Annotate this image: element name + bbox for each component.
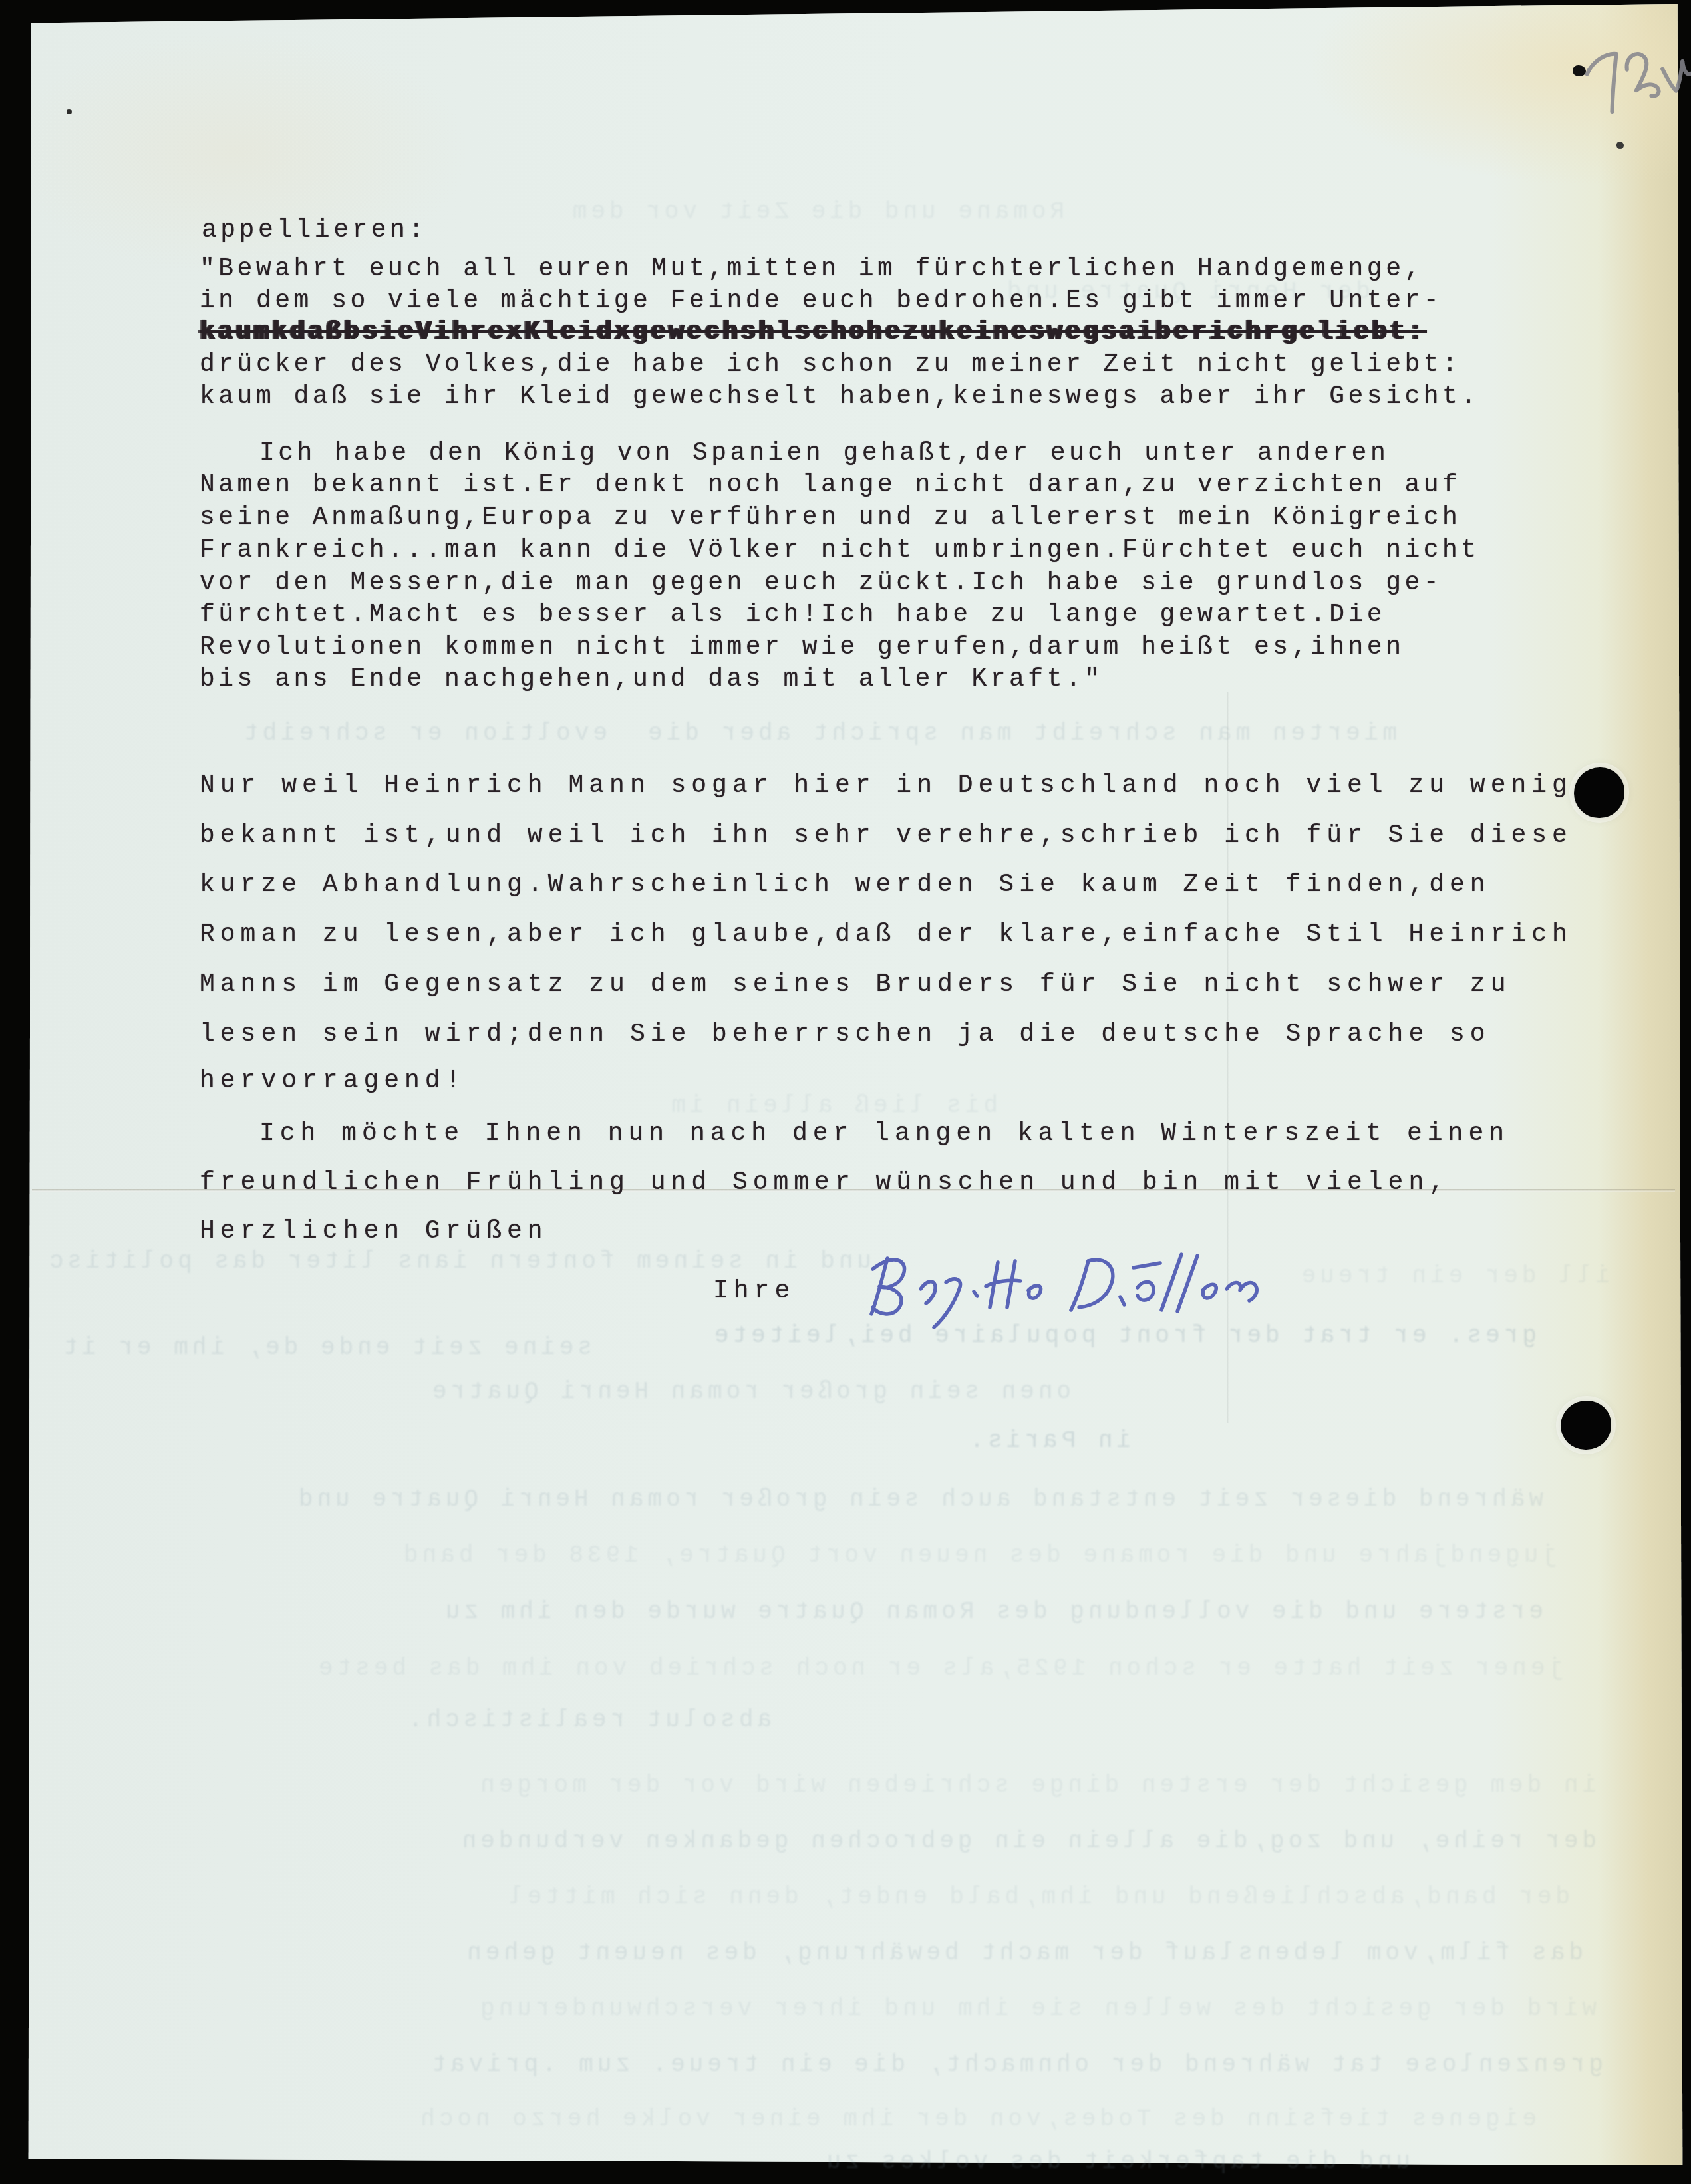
- bleedthrough-line: grenzenlose tat während der ohnmacht, di…: [220, 2051, 1603, 2079]
- bleedthrough-line: und die tapferkeit des volkes zu: [466, 2148, 1410, 2176]
- typed-line: lesen sein wird;denn Sie beherrschen ja …: [200, 1020, 1491, 1049]
- handwritten-signature: [865, 1248, 1304, 1337]
- bleedthrough-line: wird der gesicht des wellen sie ihm und …: [40, 1995, 1597, 2023]
- bleedthrough-line: der reihe, und zog,die allein ein gebroc…: [40, 1828, 1597, 1855]
- punch-hole: [1561, 1401, 1611, 1450]
- ink-speck: [1616, 142, 1624, 149]
- ink-speck: [67, 109, 72, 114]
- typed-line: hervorragend!: [200, 1067, 466, 1096]
- punch-hole: [1574, 767, 1624, 818]
- bleedthrough-line: erstere und die vollendung des Roman Qua…: [146, 1598, 1543, 1626]
- bleedthrough-line: seine zeit ende de, ihm er it: [47, 1334, 592, 1362]
- typed-line: Revolutionen kommen nicht immer wie geru…: [200, 633, 1404, 662]
- typed-line: Nur weil Heinrich Mann sogar hier in Deu…: [200, 771, 1573, 801]
- bleedthrough-line: mierten man schreibt man spricht aber di…: [200, 720, 1397, 748]
- typed-line: Frankreich...man kann die Völker nicht u…: [200, 536, 1480, 565]
- ink-speck: [1573, 65, 1586, 76]
- typed-line: Roman zu lesen,aber ich glaube,daß der k…: [200, 920, 1573, 950]
- typed-line: Namen bekannt ist.Er denkt noch lange ni…: [200, 471, 1461, 500]
- typed-line: kurze Abhandlung.Wahrscheinlich werden S…: [200, 871, 1491, 900]
- typed-line: Manns im Gegensatz zu dem seines Bruders…: [200, 970, 1511, 1000]
- bleedthrough-line: der band,abschließend und ihm,bald endet…: [67, 1883, 1570, 1911]
- bleedthrough-line: jugendjahre und die romane des neuen vor…: [93, 1542, 1557, 1570]
- typed-line: freundlichen Frühling und Sommer wünsche…: [200, 1168, 1450, 1198]
- bleedthrough-line: Romane und die Zeit vor dem: [572, 198, 1064, 226]
- typed-line-overstruck: kaumkdaßbsieVihrexKleidxgewechshlschohez…: [200, 318, 1426, 347]
- bleedthrough-line: eigenes tiefsinn des Todes,von der ihm e…: [220, 2106, 1537, 2133]
- bleedthrough-line: das film,vom lebenslauf der macht bewähr…: [40, 1939, 1583, 1967]
- closing-ihre: Ihre: [713, 1277, 795, 1306]
- typed-line: appellieren:: [202, 216, 428, 245]
- typed-line: seine Anmaßung,Europa zu verführen und z…: [200, 503, 1461, 533]
- bleedthrough-line: in dem gesicht der ersten dinge schriebe…: [80, 1772, 1597, 1800]
- typed-line: bis ans Ende nachgehen,und das mit aller…: [200, 665, 1104, 694]
- typed-line: "Bewahrt euch all euren Mut,mitten im fü…: [200, 255, 1424, 284]
- bleedthrough-line: jener zeit hatte er schon 1925,als er no…: [100, 1655, 1563, 1683]
- typed-line: bekannt ist,und weil ich ihn sehr verehr…: [200, 821, 1573, 851]
- typed-line: vor den Messern,die man gegen euch zückt…: [200, 569, 1442, 598]
- bleedthrough-line: und in seinem fontern ians liter das pol…: [47, 1248, 871, 1276]
- typed-line: fürchtet.Macht es besser als ich!Ich hab…: [200, 601, 1386, 630]
- letter-scan: Romane und die Zeit vor dem der Henri Qu…: [0, 0, 1691, 2184]
- bleedthrough-line: in Paris.: [851, 1427, 1131, 1455]
- typed-line: kaum daß sie ihr Kleid gewechselt haben,…: [200, 382, 1480, 412]
- typed-line: Herzlichen Grüßen: [200, 1217, 548, 1246]
- typed-line: Ich habe den König von Spanien gehaßt,de…: [259, 439, 1389, 468]
- bleedthrough-line: absolut realistisch.: [40, 1706, 772, 1734]
- bleedthrough-line: onen sein großer roman Henri Quatre: [286, 1378, 1071, 1406]
- typed-line: drücker des Volkes,die habe ich schon zu…: [200, 350, 1461, 380]
- bleedthrough-line: bis ließ allein im: [532, 1092, 998, 1120]
- typed-line: Ich möchte Ihnen nun nach der langen kal…: [259, 1119, 1509, 1149]
- typed-line: in dem so viele mächtige Feinde euch bed…: [200, 287, 1442, 316]
- bleedthrough-line: während dieser zeit entstand auch sein g…: [60, 1486, 1543, 1514]
